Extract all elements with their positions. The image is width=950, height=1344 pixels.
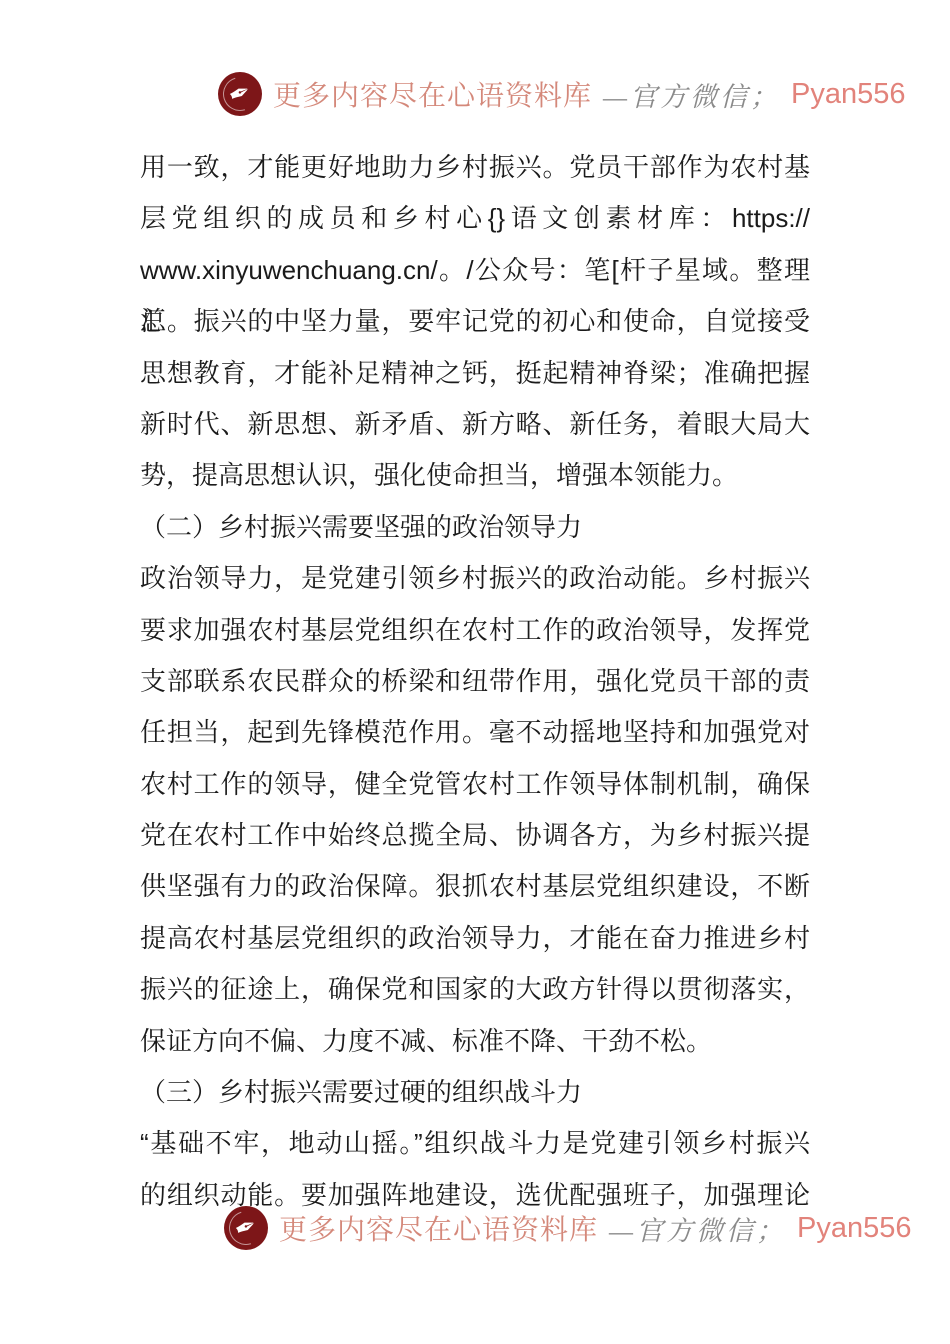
- text-line: 用一致，才能更好地助力乡村振兴。党员干部作为农村基: [140, 142, 810, 193]
- text-line: 新时代、新思想、新矛盾、新方略、新任务，着眼大局大: [140, 399, 810, 450]
- document-body: 用一致，才能更好地助力乡村振兴。党员干部作为农村基层党组织的成员和乡村心{}语文…: [140, 142, 810, 1221]
- watermark-site-text: 更多内容尽在心语资料库: [279, 1208, 598, 1248]
- text-line: www.xinyuwenchuang.cn/。/公众号：笔[杆子星域。整理汇: [140, 245, 810, 296]
- pen-nib-glyph: ✒: [230, 1211, 260, 1244]
- header-watermark: ✒ 更多内容尽在心语资料库 —官方微信； Pyan556: [218, 72, 906, 116]
- section-heading: （三）乡村振兴需要过硬的组织战斗力: [140, 1067, 810, 1118]
- document-page: ✒ 更多内容尽在心语资料库 —官方微信； Pyan556 用一致，才能更好地助力…: [0, 0, 950, 1344]
- section-heading: （二）乡村振兴需要坚强的政治领导力: [140, 502, 810, 553]
- text-line: 党在农村工作中始终总揽全局、协调各方，为乡村振兴提: [140, 810, 810, 861]
- text-line: 层党组织的成员和乡村心{}语文创素材库：https://: [140, 193, 810, 244]
- text-line: 思想教育，才能补足精神之钙，挺起精神脊梁；准确把握: [140, 348, 810, 399]
- text-line: 保证方向不偏、力度不减、标准不降、干劲不松。: [140, 1016, 810, 1067]
- text-line: 政治领导力，是党建引领乡村振兴的政治动能。乡村振兴: [140, 553, 810, 604]
- text-line: 任担当，起到先锋模范作用。毫不动摇地坚持和加强党对: [140, 707, 810, 758]
- text-line: 要求加强农村基层党组织在农村工作的政治领导，发挥党: [140, 605, 810, 656]
- footer-watermark: ✒ 更多内容尽在心语资料库 —官方微信； Pyan556: [224, 1206, 912, 1250]
- watermark-site-text: 更多内容尽在心语资料库: [273, 74, 592, 114]
- text-line: 提高农村基层党组织的政治领导力，才能在奋力推进乡村: [140, 913, 810, 964]
- pen-nib-seal-icon: ✒: [224, 1206, 268, 1250]
- text-line: 势，提高思想认识，强化使命担当，增强本领能力。: [140, 450, 810, 501]
- text-line: “基础不牢，地动山摇。”组织战斗力是党建引领乡村振兴: [140, 1118, 810, 1169]
- watermark-wechat-label: —官方微信；: [603, 75, 780, 114]
- text-line: 振兴的征途上，确保党和国家的大政方针得以贯彻落实，: [140, 964, 810, 1015]
- watermark-wechat-account: Pyan556: [791, 78, 906, 111]
- text-line: 支部联系农民群众的桥梁和纽带作用，强化党员干部的责: [140, 656, 810, 707]
- text-line: 供坚强有力的政治保障。狠抓农村基层党组织建设，不断: [140, 861, 810, 912]
- text-line: 农村工作的领导，健全党管农村工作领导体制机制，确保: [140, 759, 810, 810]
- pen-nib-glyph: ✒: [224, 77, 254, 110]
- text-line: 总。振兴的中坚力量，要牢记党的初心和使命，自觉接受: [140, 296, 810, 347]
- pen-nib-seal-icon: ✒: [218, 72, 262, 116]
- watermark-wechat-label: —官方微信；: [609, 1209, 786, 1248]
- watermark-wechat-account: Pyan556: [797, 1212, 912, 1245]
